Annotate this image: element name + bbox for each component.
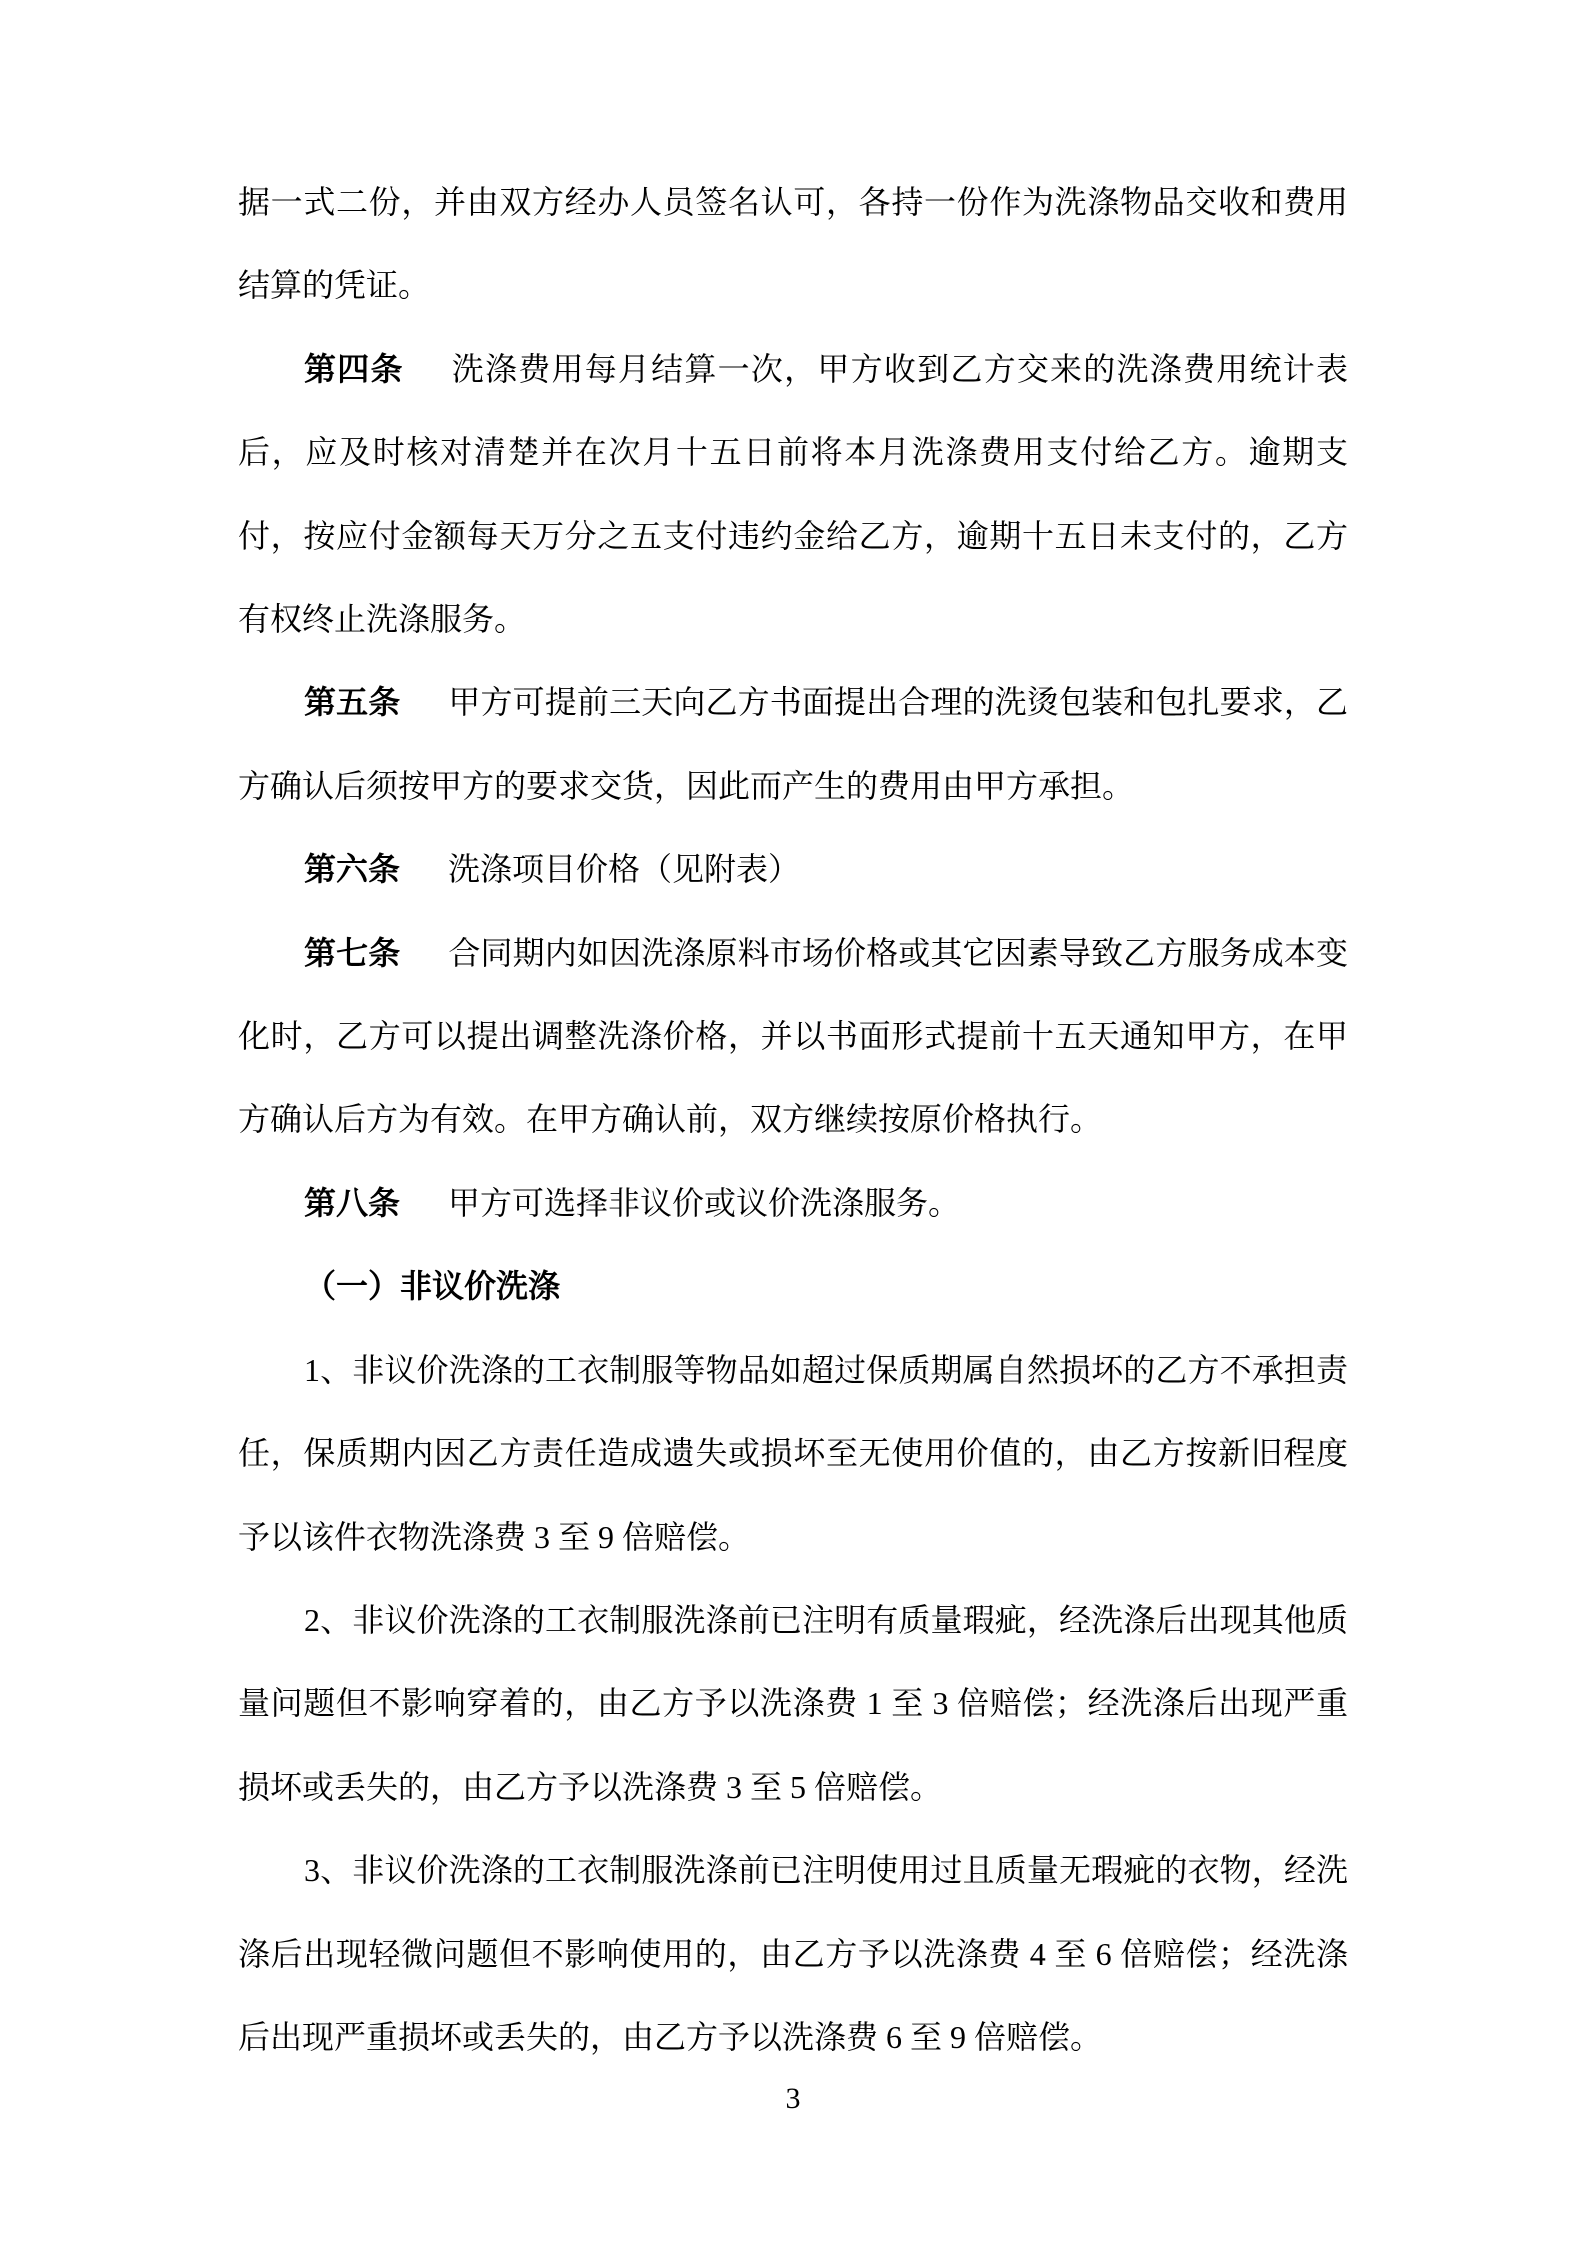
paragraph: 2、非议价洗涤的工衣制服洗涤前已注明有质量瑕疵，经洗涤后出现其他质量问题但不影响… xyxy=(238,1579,1348,1829)
document-body: 据一式二份，并由双方经办人员签名认可，各持一份作为洗涤物品交收和费用结算的凭证。… xyxy=(238,161,1348,2079)
page-number: 3 xyxy=(0,2078,1586,2120)
paragraph: 据一式二份，并由双方经办人员签名认可，各持一份作为洗涤物品交收和费用结算的凭证。 xyxy=(238,161,1348,328)
clause-label: 第五条 xyxy=(304,684,400,720)
paragraph: 1、非议价洗涤的工衣制服等物品如超过保质期属自然损坏的乙方不承担责任，保质期内因… xyxy=(238,1329,1348,1579)
paragraph: 第四条洗涤费用每月结算一次，甲方收到乙方交来的洗涤费用统计表后，应及时核对清楚并… xyxy=(238,328,1348,662)
clause-label: 第四条 xyxy=(304,351,404,387)
paragraph: 第六条洗涤项目价格（见附表） xyxy=(238,828,1348,911)
clause-label: 第六条 xyxy=(304,851,400,887)
paragraph: 第八条甲方可选择非议价或议价洗涤服务。 xyxy=(238,1162,1348,1245)
paragraph: 第五条甲方可提前三天向乙方书面提出合理的洗烫包装和包扎要求，乙方确认后须按甲方的… xyxy=(238,661,1348,828)
clause-label: 第七条 xyxy=(304,935,400,971)
clause-label: 第八条 xyxy=(304,1185,400,1221)
paragraph: 3、非议价洗涤的工衣制服洗涤前已注明使用过且质量无瑕疵的衣物，经洗涤后出现轻微问… xyxy=(238,1829,1348,2079)
document-page: 据一式二份，并由双方经办人员签名认可，各持一份作为洗涤物品交收和费用结算的凭证。… xyxy=(0,0,1586,2244)
paragraph: （一）非议价洗涤 xyxy=(238,1245,1348,1328)
paragraph: 第七条合同期内如因洗涤原料市场价格或其它因素导致乙方服务成本变化时，乙方可以提出… xyxy=(238,912,1348,1162)
